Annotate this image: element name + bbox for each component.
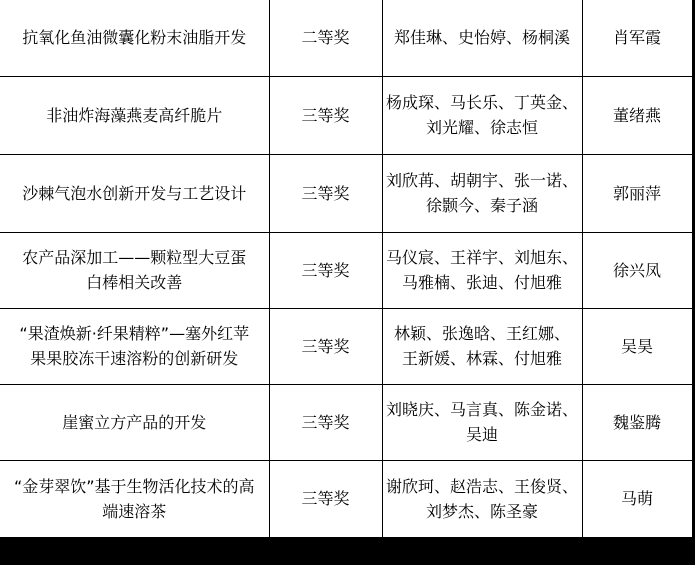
project-name-line: 白棒相关改善: [1, 270, 268, 295]
award-level-cell: 二等奖: [269, 0, 382, 76]
advisor-cell: 郭丽萍: [582, 154, 692, 232]
award-level-cell: 三等奖: [269, 232, 382, 308]
table-row: 农产品深加工——颗粒型大豆蛋 白棒相关改善 三等奖 马仪宸、王祥宇、刘旭东、 马…: [0, 232, 692, 308]
project-name-line: 端速溶茶: [1, 499, 268, 524]
team-members-line: 杨成琛、马长乐、丁英金、: [384, 90, 581, 115]
project-name-line: “金芽翠饮”基于生物活化技术的高: [1, 474, 268, 499]
advisor-cell: 魏鉴腾: [582, 384, 692, 460]
advisor-cell: 徐兴凤: [582, 232, 692, 308]
award-table: 抗氧化鱼油微囊化粉末油脂开发 二等奖 郑佳琳、史怡婷、杨桐溪 肖军霞 非油炸海藻…: [0, 0, 693, 538]
award-level-cell: 三等奖: [269, 460, 382, 537]
advisor-cell: 肖军霞: [582, 0, 692, 76]
award-level-cell: 三等奖: [269, 76, 382, 154]
team-members-line: 刘梦杰、陈圣豪: [384, 499, 581, 524]
team-members-line: 王新媛、林霖、付旭雅: [384, 346, 581, 371]
table-row: 抗氧化鱼油微囊化粉末油脂开发 二等奖 郑佳琳、史怡婷、杨桐溪 肖军霞: [0, 0, 692, 76]
project-name-cell: “果渣焕新·纤果精粹”—塞外红苹 果果胶冻干速溶粉的创新研发: [0, 308, 269, 384]
team-members-line: 郑佳琳、史怡婷、杨桐溪: [384, 25, 581, 50]
project-name-line: 抗氧化鱼油微囊化粉末油脂开发: [1, 25, 268, 50]
project-name-line: 崖蜜立方产品的开发: [1, 410, 268, 435]
project-name-cell: 抗氧化鱼油微囊化粉末油脂开发: [0, 0, 269, 76]
project-name-cell: 农产品深加工——颗粒型大豆蛋 白棒相关改善: [0, 232, 269, 308]
advisor-cell: 马萌: [582, 460, 692, 537]
team-members-line: 马仪宸、王祥宇、刘旭东、: [384, 245, 581, 270]
team-members-line: 林颖、张逸晗、王红娜、: [384, 321, 581, 346]
table-row: “金芽翠饮”基于生物活化技术的高 端速溶茶 三等奖 谢欣珂、赵浩志、王俊贤、 刘…: [0, 460, 692, 537]
team-members-line: 刘晓庆、马言真、陈金诺、: [384, 397, 581, 422]
project-name-cell: 崖蜜立方产品的开发: [0, 384, 269, 460]
award-level-cell: 三等奖: [269, 384, 382, 460]
team-members-cell: 杨成琛、马长乐、丁英金、 刘光耀、徐志恒: [382, 76, 582, 154]
table-row: 非油炸海藻燕麦高纤脆片 三等奖 杨成琛、马长乐、丁英金、 刘光耀、徐志恒 董绪燕: [0, 76, 692, 154]
advisor-cell: 董绪燕: [582, 76, 692, 154]
team-members-cell: 马仪宸、王祥宇、刘旭东、 马雅楠、张迪、付旭雅: [382, 232, 582, 308]
project-name-line: 非油炸海藻燕麦高纤脆片: [1, 103, 268, 128]
team-members-line: 徐颢今、秦子涵: [384, 193, 581, 218]
team-members-line: 刘欣苒、胡朝宇、张一诺、: [384, 168, 581, 193]
table-row: 沙棘气泡水创新开发与工艺设计 三等奖 刘欣苒、胡朝宇、张一诺、 徐颢今、秦子涵 …: [0, 154, 692, 232]
team-members-line: 刘光耀、徐志恒: [384, 115, 581, 140]
team-members-cell: 林颖、张逸晗、王红娜、 王新媛、林霖、付旭雅: [382, 308, 582, 384]
team-members-line: 谢欣珂、赵浩志、王俊贤、: [384, 474, 581, 499]
award-table-sheet: 抗氧化鱼油微囊化粉末油脂开发 二等奖 郑佳琳、史怡婷、杨桐溪 肖军霞 非油炸海藻…: [0, 0, 692, 537]
table-row: “果渣焕新·纤果精粹”—塞外红苹 果果胶冻干速溶粉的创新研发 三等奖 林颖、张逸…: [0, 308, 692, 384]
team-members-cell: 谢欣珂、赵浩志、王俊贤、 刘梦杰、陈圣豪: [382, 460, 582, 537]
team-members-line: 吴迪: [384, 422, 581, 447]
bottom-black-band: [0, 537, 695, 565]
project-name-cell: “金芽翠饮”基于生物活化技术的高 端速溶茶: [0, 460, 269, 537]
project-name-line: 农产品深加工——颗粒型大豆蛋: [1, 245, 268, 270]
project-name-line: 果果胶冻干速溶粉的创新研发: [1, 346, 268, 371]
award-level-cell: 三等奖: [269, 308, 382, 384]
project-name-line: “果渣焕新·纤果精粹”—塞外红苹: [1, 321, 268, 346]
award-level-cell: 三等奖: [269, 154, 382, 232]
project-name-line: 沙棘气泡水创新开发与工艺设计: [1, 181, 268, 206]
team-members-cell: 刘晓庆、马言真、陈金诺、 吴迪: [382, 384, 582, 460]
advisor-cell: 吴昊: [582, 308, 692, 384]
project-name-cell: 非油炸海藻燕麦高纤脆片: [0, 76, 269, 154]
project-name-cell: 沙棘气泡水创新开发与工艺设计: [0, 154, 269, 232]
team-members-cell: 郑佳琳、史怡婷、杨桐溪: [382, 0, 582, 76]
team-members-line: 马雅楠、张迪、付旭雅: [384, 270, 581, 295]
team-members-cell: 刘欣苒、胡朝宇、张一诺、 徐颢今、秦子涵: [382, 154, 582, 232]
table-row: 崖蜜立方产品的开发 三等奖 刘晓庆、马言真、陈金诺、 吴迪 魏鉴腾: [0, 384, 692, 460]
